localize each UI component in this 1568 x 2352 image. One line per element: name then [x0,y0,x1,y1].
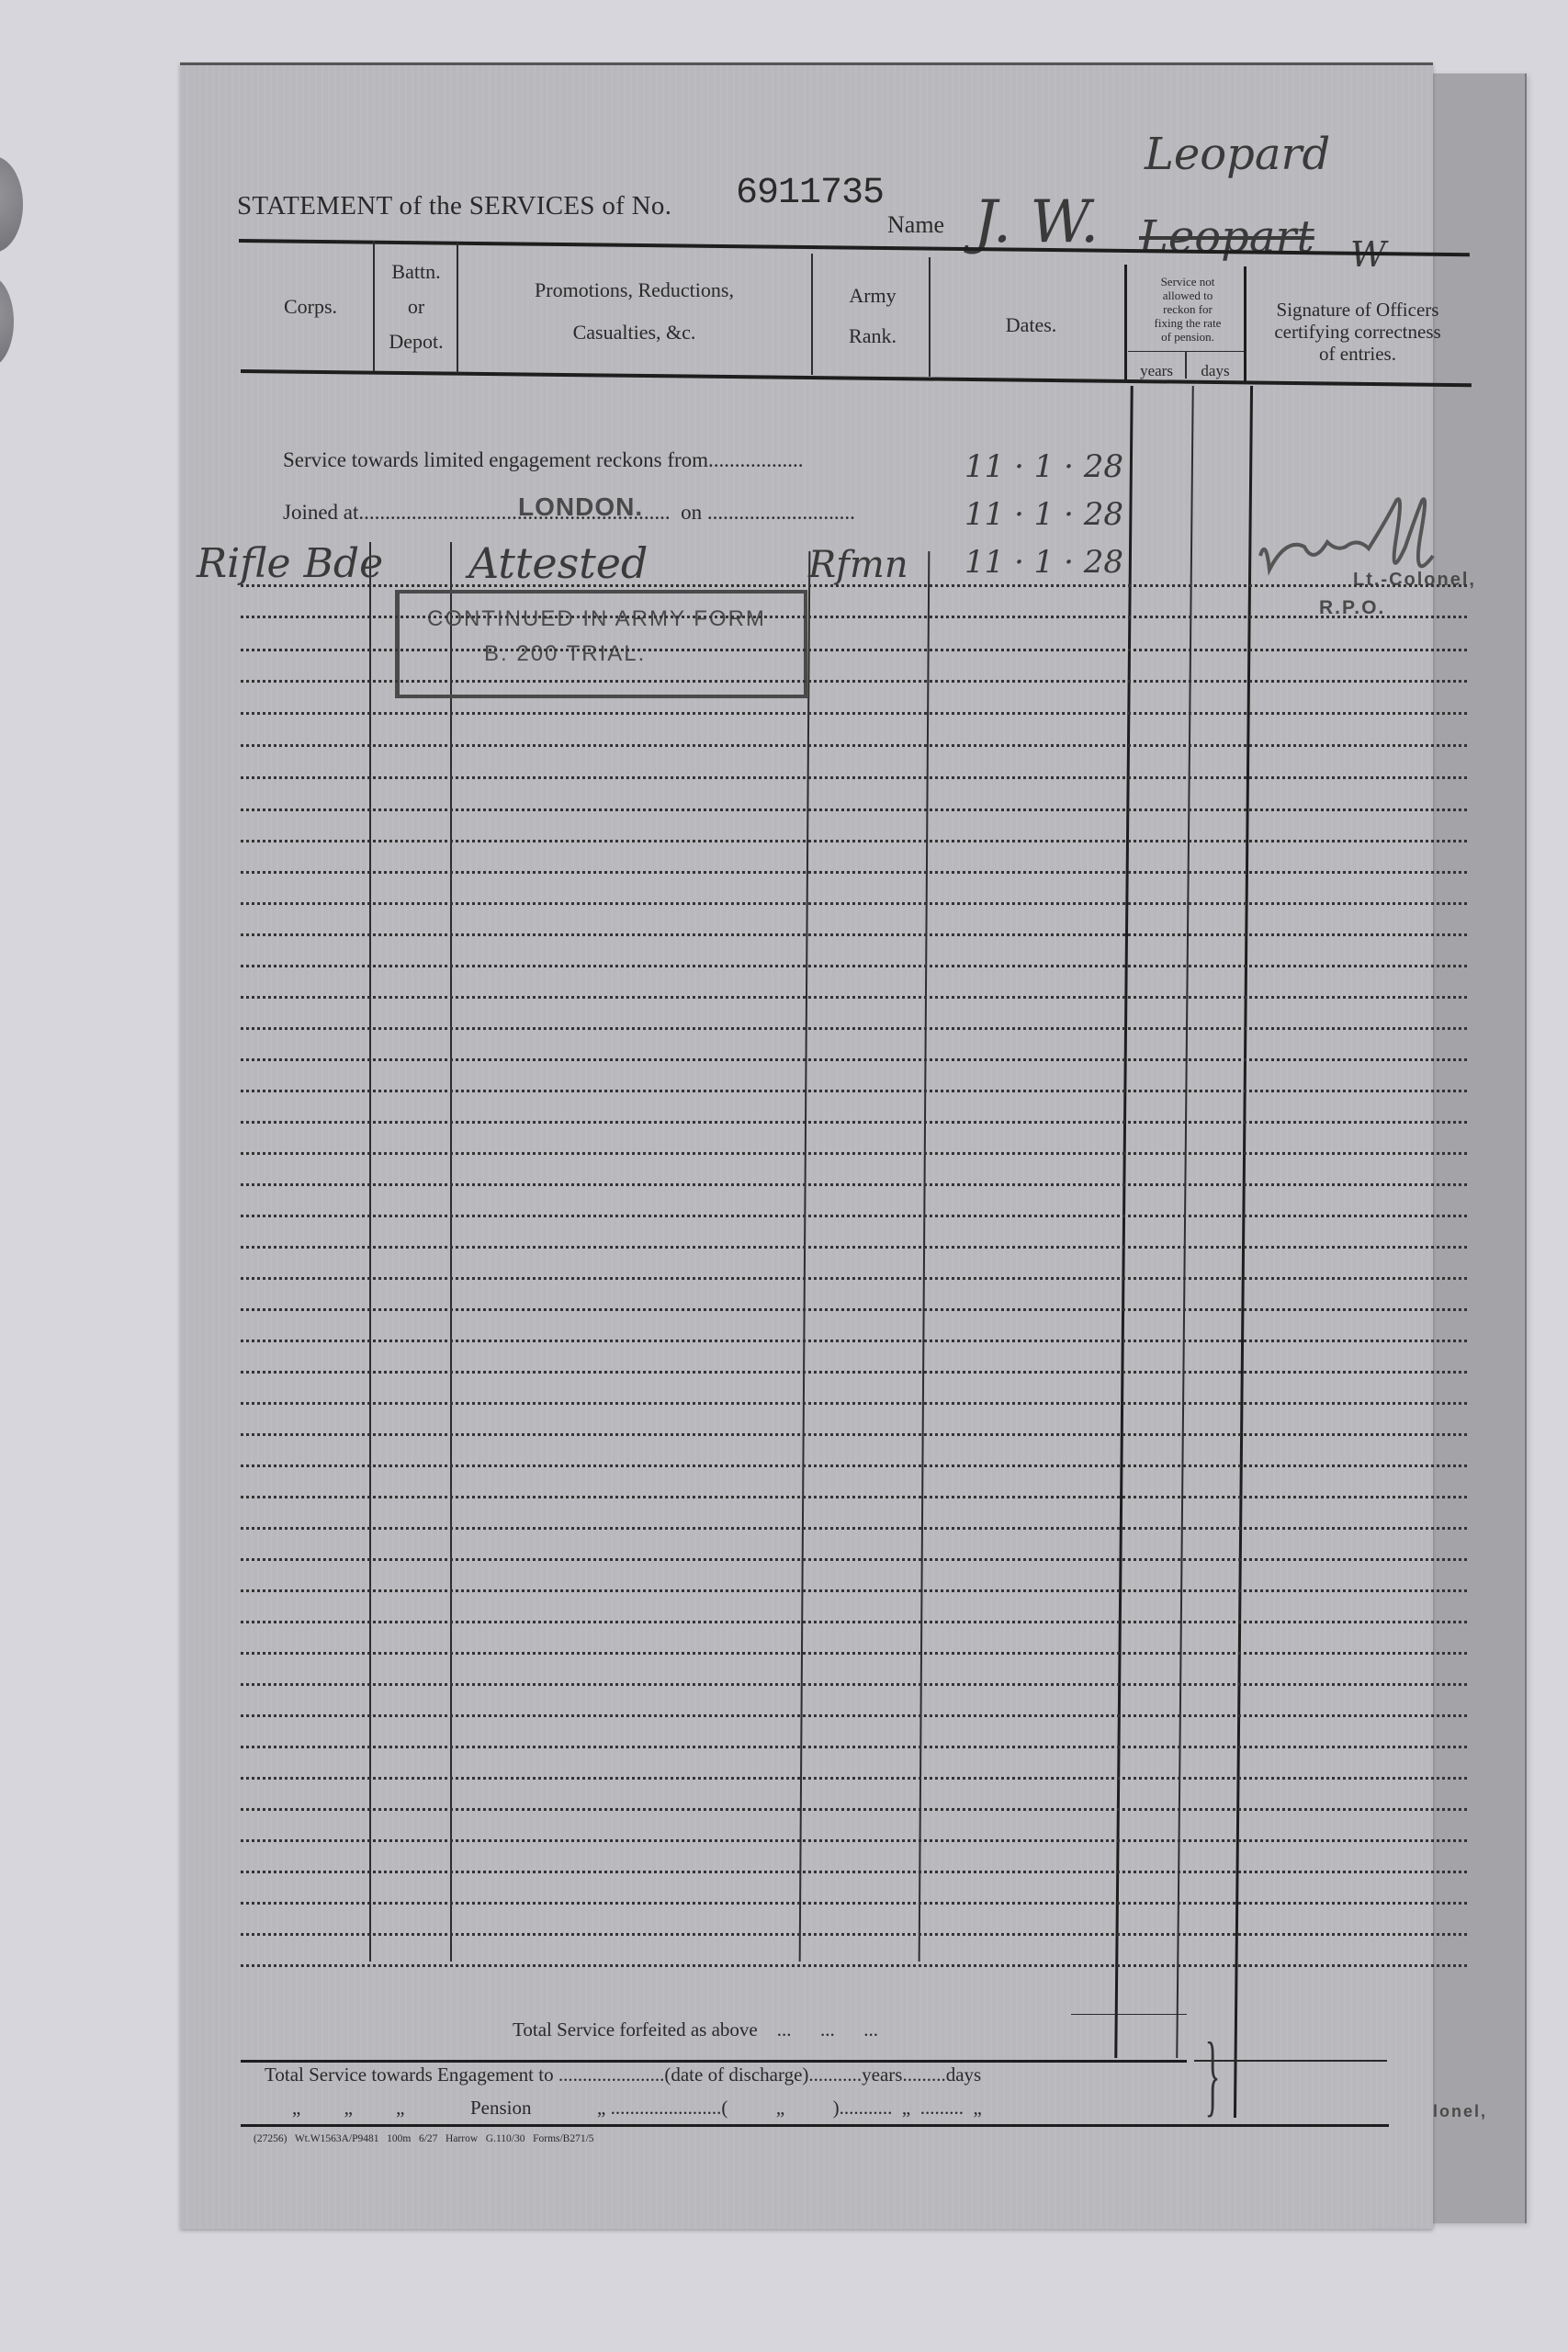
brace-right: } [1205,2021,1221,2127]
stamp-line-2: B. 200 TRIAL. [484,641,646,667]
vline-service-signature [1244,266,1247,382]
col-header-years: years [1128,360,1185,383]
col-header-army-rank: Army Rank. [813,281,932,351]
vline-corps-battn [373,241,375,371]
body-vline-1 [369,542,371,1962]
col-header-signature: Signature of Officers certifying correct… [1247,299,1468,365]
col-header-battn: Battn. or Depot. [375,257,457,356]
vline-promo-rank [811,254,813,375]
limited-engagement-label: Service towards limited engagement recko… [283,448,804,472]
title-prefix: STATEMENT of the SERVICES of No. [237,191,671,220]
footer-bottom-rule [241,2124,1389,2127]
joined-on-date: 11 · 1 · 28 [964,496,1123,533]
back-sheet-stamp-fragment: lonel, [1433,2102,1487,2121]
col-header-service-not-allowed: Service not allowed to reckon for fixing… [1128,276,1247,345]
service-number: 6911735 [736,173,884,214]
surname-corrected: Leopard [1145,129,1330,180]
binder-clip-bottom [0,276,14,367]
pension-label: Pension [470,2097,532,2120]
body-vline-2 [450,542,452,1962]
col-header-corps: Corps. [246,292,375,322]
printer-imprint: (27256) Wt.W1563A/P9481 100m 6/27 Harrow… [254,2133,594,2144]
entry-date: 11 · 1 · 28 [964,544,1123,581]
form-title: STATEMENT of the SERVICES of No. [237,191,671,221]
col-header-days: days [1187,360,1244,383]
stamp-line-1: CONTINUED IN ARMY FORM [427,606,766,632]
entry-event: Attested [468,538,648,588]
forfeit-box-top [1071,2014,1187,2015]
limited-engagement-date: 11 · 1 · 28 [964,448,1123,485]
col-header-promotions: Promotions, Reductions, Casualties, &c. [457,276,811,347]
pension-rest: „ .......................( „ )..........… [597,2097,982,2120]
name-initials: J. W. [974,188,1099,256]
engagement-total-label: Total Service towards Engagement to ....… [265,2064,981,2086]
footer-top-rule [241,2060,1187,2063]
entry-corps: Rifle Bde [197,540,383,587]
vline-battn-promo [457,243,458,373]
vline-years-days [1185,351,1187,379]
name-label: Name [887,211,944,239]
signature-footer-rule [1194,2060,1387,2062]
surname-struck: Leopart [1139,211,1314,263]
entry-rank: Rfmn [808,544,908,586]
officer-title: Lt.-Colonel, [1353,570,1476,591]
col-header-dates: Dates. [932,311,1130,340]
vline-dates-service [1124,265,1127,380]
pension-ditto: „ „ „ [292,2097,404,2120]
binder-clip-top [0,156,23,253]
joined-at-place: LONDON. [518,492,643,522]
forfeited-label: Total Service forfeited as above ... ...… [513,2018,878,2041]
vline-rank-dates [929,257,931,377]
